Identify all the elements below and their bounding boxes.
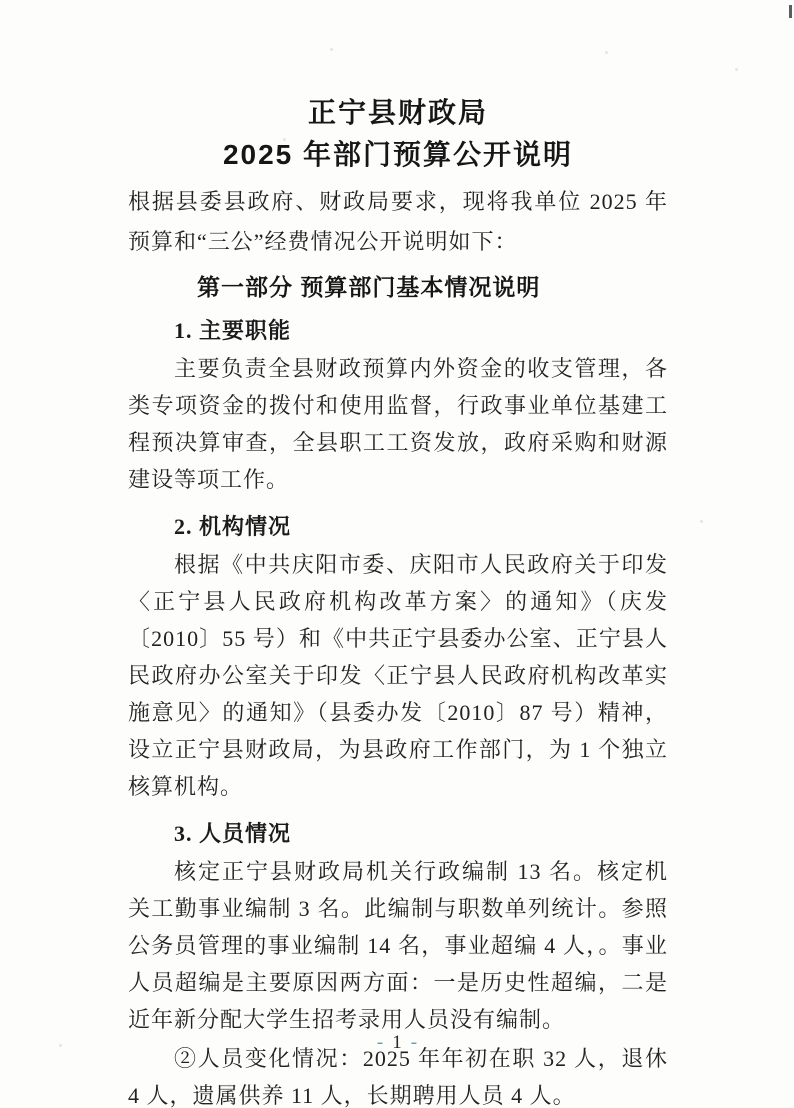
scan-speck (700, 520, 703, 523)
intro-paragraph: 根据县委县政府、财政局要求，现将我单位 2025 年预算和“三公”经费情况公开说… (128, 182, 668, 262)
page-number: -1- (0, 1032, 794, 1054)
scan-speck (59, 1044, 62, 1047)
document-subtitle: 2025 年部门预算公开说明 (128, 136, 668, 174)
part-one-heading: 第一部分 预算部门基本情况说明 (128, 272, 668, 302)
page-number-value: 1 (392, 1032, 402, 1053)
page-number-left-dash: - (368, 1032, 392, 1053)
scan-speck (605, 51, 608, 54)
section-3-paragraph-1: 核定正宁县财政局机关行政编制 13 名。核定机关工勤事业编制 3 名。此编制与职… (128, 853, 668, 1038)
section-1-paragraph: 主要负责全县财政预算内外资金的收支管理，各类专项资金的拨付和使用监督，行政事业单… (128, 350, 668, 498)
section-1-heading: 1. 主要职能 (128, 314, 668, 348)
scanned-document-page: 正宁县财政局 2025 年部门预算公开说明 根据县委县政府、财政局要求，现将我单… (0, 0, 794, 1108)
scan-speck (228, 1084, 231, 1087)
scan-speck (283, 138, 286, 141)
document-title: 正宁县财政局 (128, 0, 668, 132)
scan-speck (735, 68, 738, 71)
section-2-heading: 2. 机构情况 (128, 510, 668, 544)
section-2-paragraph: 根据《中共庆阳市委、庆阳市人民政府关于印发〈正宁县人民政府机构改革方案〉的通知》… (128, 546, 668, 805)
document-body: 正宁县财政局 2025 年部门预算公开说明 根据县委县政府、财政局要求，现将我单… (128, 0, 668, 1108)
scan-speck (330, 48, 333, 51)
section-3-heading: 3. 人员情况 (128, 817, 668, 851)
page-number-right-dash: - (402, 1032, 426, 1053)
scan-edge-mark (789, 5, 792, 18)
